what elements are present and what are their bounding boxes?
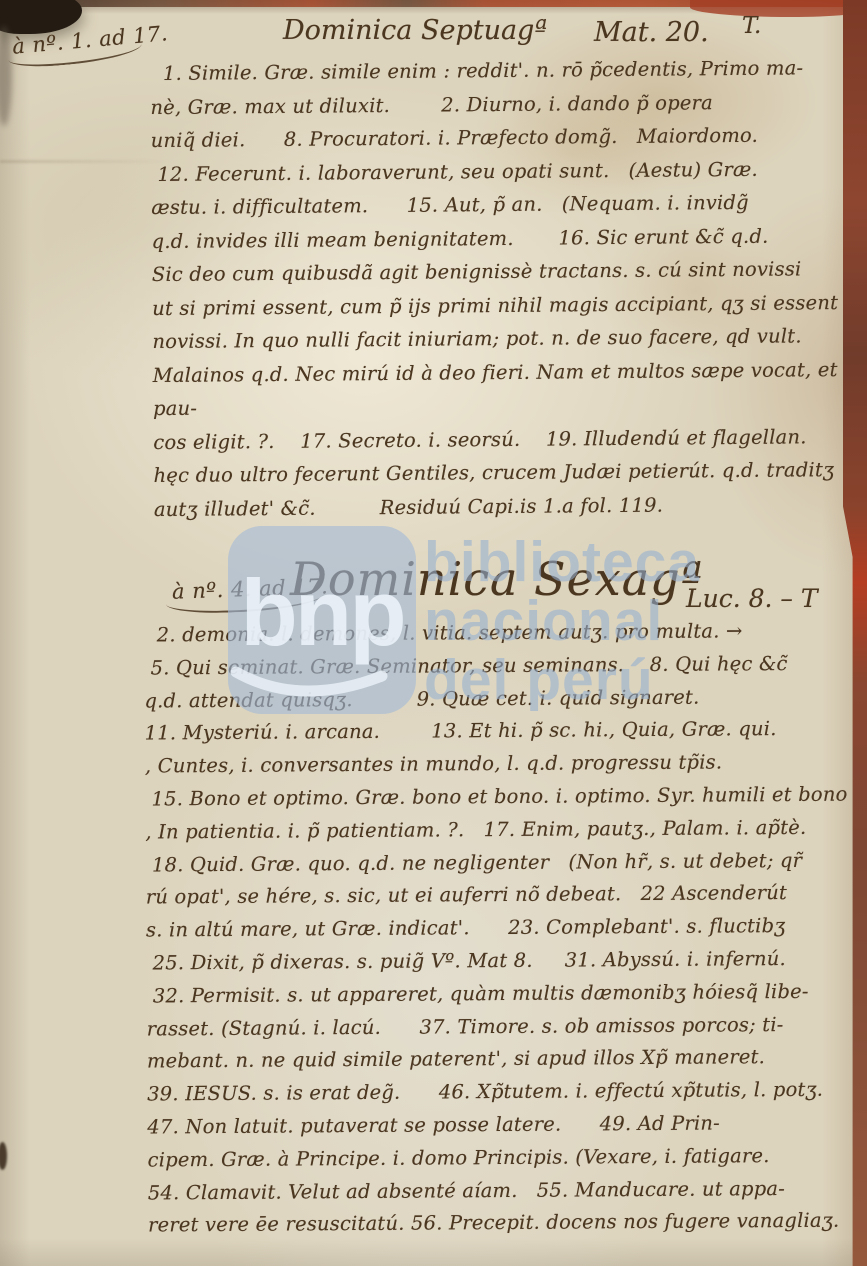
manuscript-line: 15. Bono et optimo. Græ. bono et bono. i… [145,779,857,817]
manuscript-line: cipem. Græ. à Principe. i. domo Principi… [147,1139,859,1177]
manuscript-line: rú opat', se hére, s. sic, ut ei auferri… [146,877,858,915]
manuscript-line: 54. Clamavit. Velut ad absenté aíam. 55.… [148,1172,860,1210]
manuscript-line: rasset. (Stagnú. i. lacú. 37. Timore. s.… [147,1008,859,1046]
manuscript-line: 5. Qui seminat. Græ. Seminator, seu semi… [144,647,856,685]
manuscript-line: 2. demonia. l. demones, l. vitia. septem… [144,615,856,653]
binding-stain-top-right [690,0,867,17]
manuscript-line: 1. Simile. Græ. simile enim : reddit'. n… [150,51,850,91]
manuscript-line: hęc duo ultro fecerunt Gentiles, crucem … [153,453,853,493]
section2-scripture-reference: Luc. 8. – T [686,584,818,613]
section1-scripture-reference: Mat. 20. [594,17,709,48]
section2-gloss-text: 2. demonia. l. demones, l. vitia. septem… [144,615,860,1243]
manuscript-line: q.d. attendat quisqʒ. 9. Quæ cet. i. qui… [144,680,856,718]
manuscript-line: Malainos q.d. Nec mirú id à deo fieri. N… [153,352,854,425]
smudge-left-edge [0,26,12,126]
manuscript-line: 47. Non latuit. putaverat se posse later… [147,1106,859,1144]
section1-title: Dominica Septuagª [283,15,547,46]
manuscript-line: s. in altú mare, ut Græ. indicat'. 23. C… [146,910,858,948]
folio-mark: T. [742,13,761,39]
manuscript-line: uniq̃ diei. 8. Procuratori. i. Præfecto … [151,118,851,158]
manuscript-page: à nº. 1. ad 17. Dominica Septuagª Mat. 2… [0,0,867,1266]
manuscript-line: 11. Mysteriú. i. arcana. 13. Et hi. p̃ s… [145,713,857,751]
section2-title: Dominica Sexagª [290,552,703,606]
manuscript-line: Sic deo cum quibusdã agit benignissè tra… [152,252,852,292]
manuscript-line: 39. IESUS. s. is erat deg̃. 46. Xp̃tutem… [147,1074,859,1112]
manuscript-line: novissi. In quo nulli facit iniuriam; po… [152,319,852,359]
manuscript-line: reret vere ēe resuscitatú. 56. Precepit.… [148,1205,860,1243]
manuscript-line: , Cuntes, i. conversantes in mundo, l. q… [145,746,857,784]
manuscript-line: 25. Dixit, p̃ dixeras. s. puig̃ Vº. Mat … [146,942,858,980]
section1-gloss-text: 1. Simile. Græ. simile enim : reddit'. n… [150,51,854,526]
manuscript-line: mebant. n. ne quid simile paterent', si … [147,1041,859,1079]
manuscript-line: æstu. i. difficultatem. 15. Aut, p̃ an. … [151,185,851,225]
manuscript-line: autʒ illudet' &c̃. Residuú Capi.is 1.a f… [154,486,854,526]
manuscript-line: 18. Quid. Græ. quo. q.d. ne negligenter … [145,844,857,882]
manuscript-line: 32. Permisit. s. ut appareret, quàm mult… [146,975,858,1013]
manuscript-line: , In patientia. i. p̃ patientiam. ?. 17.… [145,811,857,849]
paper-crease [0,160,170,163]
ink-speck-left-edge [0,1142,7,1170]
